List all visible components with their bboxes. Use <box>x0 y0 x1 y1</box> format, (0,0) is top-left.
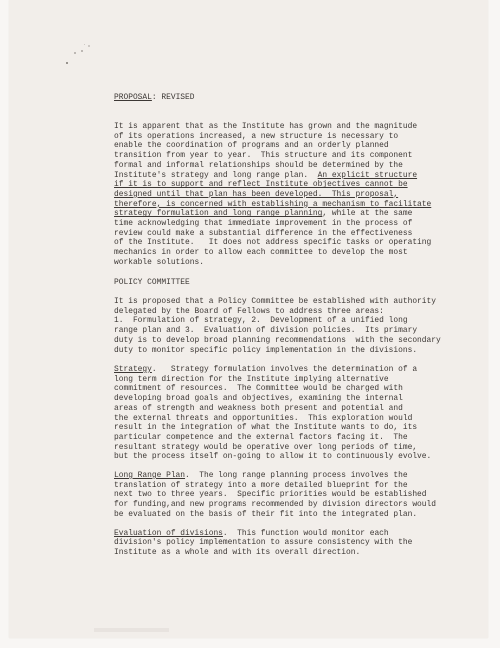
text-line: result in the integration of what the In… <box>114 423 417 433</box>
text-segment: , while at the same <box>322 209 412 218</box>
text-line: It is proposed that a Policy Committee b… <box>114 297 436 307</box>
subheading-evaluation: Evaluation of divisions <box>114 529 223 538</box>
subheading-long-range-plan: Long Range Plan <box>114 471 185 480</box>
text-line: of its operations increased, a new struc… <box>114 132 398 142</box>
text-line: duty to monitor specific policy implemen… <box>114 346 417 356</box>
text-line: for funding,and new programs recommended… <box>114 500 436 510</box>
text-line: strategy formulation and long range plan… <box>114 209 412 219</box>
underlined-segment: strategy formulation and long range plan… <box>114 209 322 218</box>
text-line: Long Range Plan. The long range planning… <box>114 471 408 481</box>
text-line: but the process itself on-going to allow… <box>114 452 431 462</box>
text-line: duty is to develop broad planning recomm… <box>114 336 441 346</box>
text-segment: . The long range planning process involv… <box>185 471 408 480</box>
text-segment: . Strategy formulation involves the dete… <box>152 365 417 374</box>
underlined-segment: An explicit structure <box>318 171 417 180</box>
text-segment: . This function would monitor each <box>223 529 389 538</box>
section-heading: POLICY COMMITTEE <box>114 278 190 288</box>
text-line: transition from year to year. This struc… <box>114 151 412 161</box>
stray-mark <box>66 62 68 64</box>
text-line: formal and informal relationships should… <box>114 161 403 171</box>
text-line: mechanics in order to allow each committ… <box>114 248 408 258</box>
text-line: therefore, is concerned with establishin… <box>114 200 431 210</box>
text-line: workable solutions. <box>114 258 204 268</box>
text-line: It is apparent that as the Institute has… <box>114 122 417 132</box>
text-line: Evaluation of divisions. This function w… <box>114 529 389 539</box>
text-line: of the Institute. It does not address sp… <box>114 238 431 248</box>
text-line: particular competence and the external f… <box>114 433 408 443</box>
text-line: developing broad goals and objectives, e… <box>114 394 403 404</box>
stray-mark <box>84 44 85 45</box>
stray-mark <box>74 52 76 54</box>
text-line: the external threats and opportunities. … <box>114 414 412 424</box>
text-line: review could make a substantial differen… <box>114 229 412 239</box>
stray-mark <box>81 50 83 52</box>
stray-mark <box>88 45 90 47</box>
text-line: Institute as a whole and with its overal… <box>114 548 360 558</box>
bleed-through-mark <box>94 628 169 632</box>
text-line: next two to three years. Specific priori… <box>114 490 427 500</box>
underlined-segment: if it is to support and reflect Institut… <box>114 180 408 189</box>
text-line: Institute's strategy and long range plan… <box>114 171 417 181</box>
text-line: be evaluated on the basis of their fit i… <box>114 510 417 520</box>
underlined-segment: designed until that plan has been develo… <box>114 190 398 199</box>
text-line: time acknowledging that immediate improv… <box>114 219 412 229</box>
text-line: designed until that plan has been develo… <box>114 190 398 200</box>
text-line: range plan and 3. Evaluation of division… <box>114 326 417 336</box>
document-title: PROPOSAL: REVISED <box>114 93 195 103</box>
text-line: long term direction for the Institute im… <box>114 375 389 385</box>
text-line: division's policy implementation to assu… <box>114 538 412 548</box>
text-line: if it is to support and reflect Institut… <box>114 180 408 190</box>
text-line: 1. Formulation of strategy, 2. Developme… <box>114 316 408 326</box>
text-line: areas of strength and weakness both pres… <box>114 404 403 414</box>
title-rest: : REVISED <box>152 93 195 102</box>
text-line: delegated by the Board of Fellows to add… <box>114 307 384 317</box>
title-underlined: PROPOSAL <box>114 93 152 102</box>
text-segment: Institute's strategy and long range plan… <box>114 171 318 180</box>
text-line: resultant strategy would be operative ov… <box>114 443 417 453</box>
underlined-segment: therefore, is concerned with establishin… <box>114 200 431 209</box>
text-line: commitment of resources. The Committee w… <box>114 384 403 394</box>
subheading-strategy: Strategy <box>114 365 152 374</box>
text-line: translation of strategy into a more deta… <box>114 481 408 491</box>
text-line: enable the coordination of programs and … <box>114 141 389 151</box>
text-line: Strategy. Strategy formulation involves … <box>114 365 417 375</box>
